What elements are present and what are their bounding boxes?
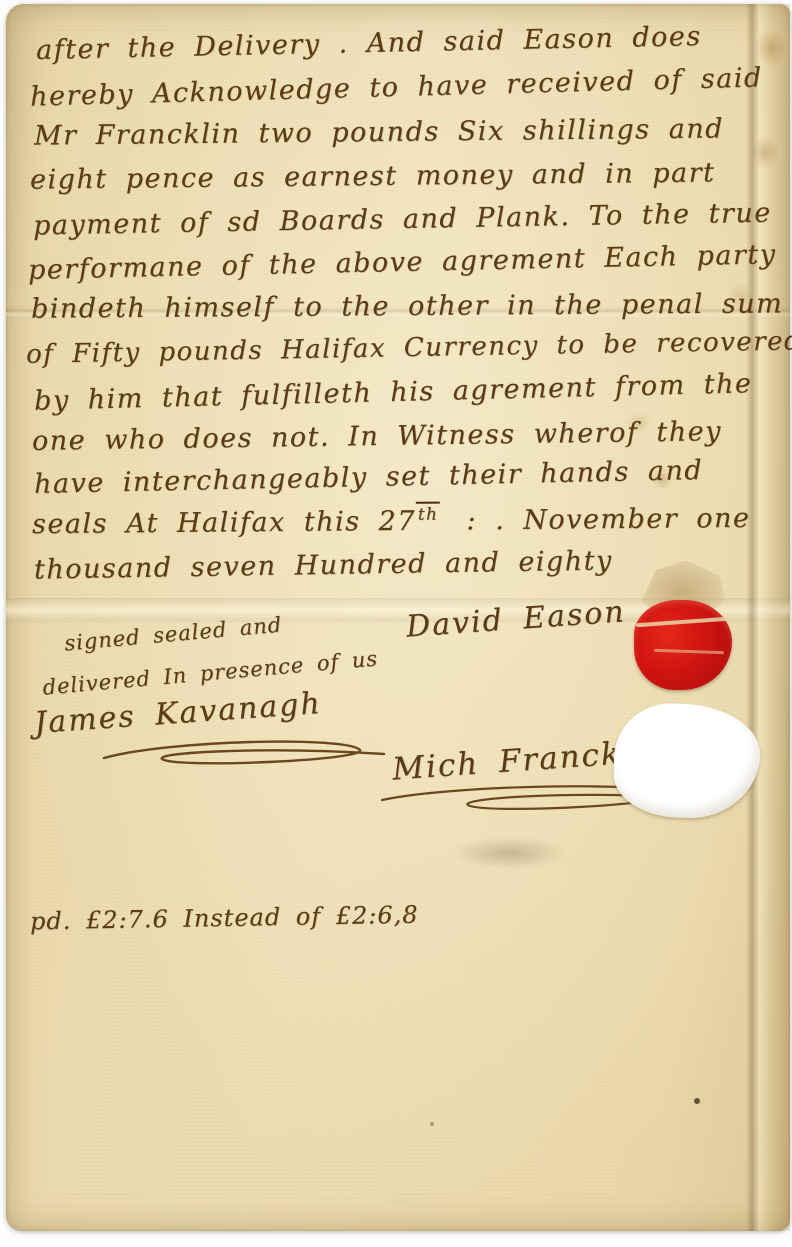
manuscript-line: one who does not. In Witness wherof they xyxy=(32,416,722,457)
manuscript-line: bindeth himself to the other in the pena… xyxy=(31,288,783,324)
ink-speck xyxy=(430,1122,434,1126)
manuscript-line: thousand seven Hundred and eighty xyxy=(34,545,613,585)
attestation-line-2: delivered In presence of us xyxy=(42,646,379,699)
stain xyxy=(750,136,780,170)
manuscript-line-date: seals At Halifax this 27th: . November o… xyxy=(32,501,751,540)
manuscript-line: hereby Acknowledge to have received of s… xyxy=(30,62,763,112)
manuscript-line: performane of the above agrement Each pa… xyxy=(28,239,777,286)
ink-smudge xyxy=(456,838,564,868)
ink-speck xyxy=(694,1098,700,1104)
manuscript-line: by him that fulfilleth his agrement from… xyxy=(34,368,753,417)
signature-flourish xyxy=(98,734,388,770)
fold-crease-vertical xyxy=(746,4,790,1231)
manuscript-line: eight pence as earnest money and in part xyxy=(30,157,716,195)
date-superscript: th xyxy=(416,502,441,524)
scanned-document: after the Delivery . And said Eason does… xyxy=(0,0,792,1247)
manuscript-line: after the Delivery . And said Eason does xyxy=(36,21,702,66)
payment-notation: pd. £2:7.6 Instead of £2:6,8 xyxy=(30,901,419,936)
attestation-line-1: signed sealed and xyxy=(63,613,283,656)
signature-david-eason: David Eason xyxy=(405,594,627,644)
date-line-suffix: : . November one xyxy=(466,503,750,536)
manuscript-line: have interchangeably set their hands and xyxy=(34,455,704,500)
manuscript-page: after the Delivery . And said Eason does… xyxy=(6,4,790,1231)
manuscript-line: of Fifty pounds Halifax Currency to be r… xyxy=(26,326,792,370)
manuscript-line: payment of sd Boards and Plank. To the t… xyxy=(33,198,772,242)
manuscript-line: Mr Francklin two pounds Six shillings an… xyxy=(34,113,724,151)
paper-tear xyxy=(612,701,762,820)
wax-seal-icon xyxy=(634,600,732,690)
date-line-prefix: seals At Halifax this 27 xyxy=(32,506,416,540)
